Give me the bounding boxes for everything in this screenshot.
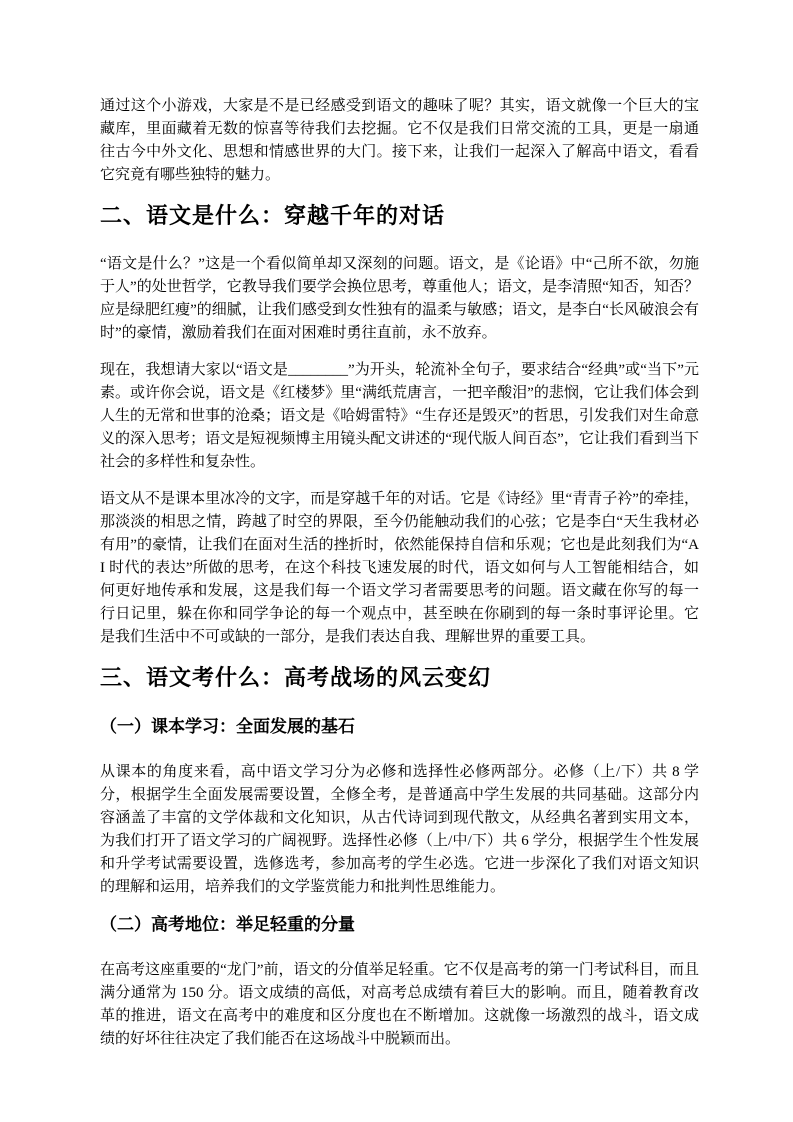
paragraph-dialogue-across-millennia: 语文从不是课本里冰冷的文字，而是穿越千年的对话。它是《诗经》里“青青子衿”的牵挂… bbox=[100, 488, 699, 649]
document-page: 通过这个小游戏，大家是不是已经感受到语文的趣味了呢？其实，语文就像一个巨大的宝藏… bbox=[0, 0, 793, 1122]
heading-section-two-what-is-chinese: 二、语文是什么：穿越千年的对话 bbox=[100, 201, 699, 231]
subheading-gaokao-importance: （二）高考地位：举足轻重的分量 bbox=[100, 913, 699, 937]
paragraph-game-transition: 通过这个小游戏，大家是不是已经感受到语文的趣味了呢？其实，语文就像一个巨大的宝藏… bbox=[100, 95, 699, 187]
paragraph-gaokao-score-details: 在高考这座重要的“龙门”前，语文的分值举足轻重。它不仅是高考的第一门考试科目，而… bbox=[100, 959, 699, 1051]
paragraph-textbook-curriculum-details: 从课本的角度来看，高中语文学习分为必修和选择性必修两部分。必修（上/下）共 8 … bbox=[100, 761, 699, 899]
heading-section-three-gaokao: 三、语文考什么：高考战场的风云变幻 bbox=[100, 663, 699, 693]
paragraph-sentence-completion-activity: 现在，我想请大家以“语文是________”为开头，轮流补全句子，要求结合“经典… bbox=[100, 359, 699, 474]
paragraph-what-is-chinese-definition: “语文是什么？”这是一个看似简单却又深刻的问题。语文，是《论语》中“己所不欲，勿… bbox=[100, 253, 699, 345]
subheading-textbook-learning: （一）课本学习：全面发展的基石 bbox=[100, 715, 699, 739]
